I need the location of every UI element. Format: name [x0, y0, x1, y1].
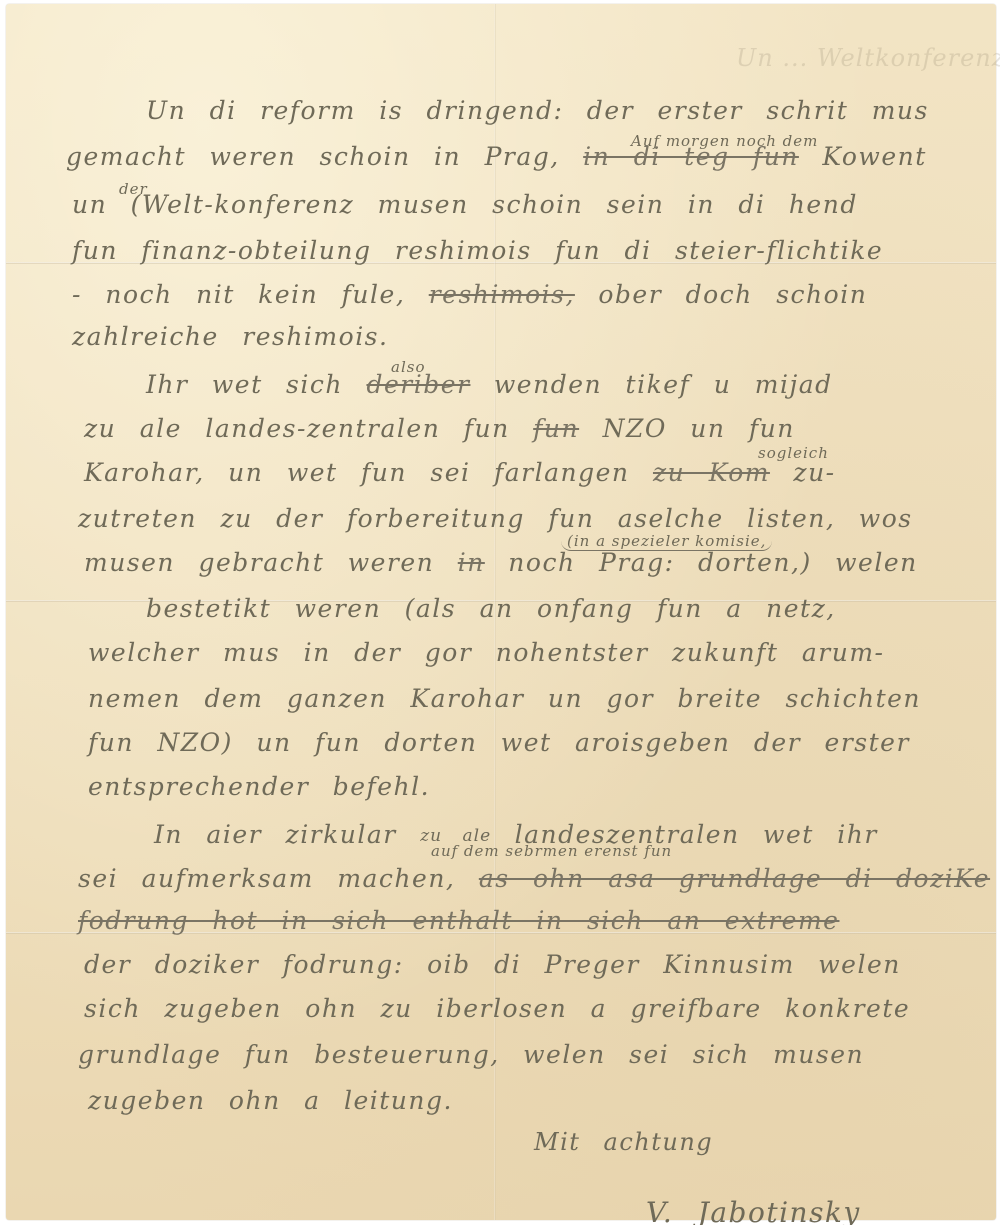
paragraph-2-line-9: fun NZO) un fun dorten wet aroisgeben de… [88, 728, 910, 757]
insertion-text: auf dem sebrmen erenst fun [431, 842, 672, 860]
letter-paper: Un ... Weltkonferenz ... Un di reform is… [6, 4, 996, 1220]
closing-salutation: Mit achtung [534, 1128, 713, 1156]
bleed-through-text: Un ... Weltkonferenz ... [736, 44, 1000, 72]
paragraph-2-line-7: welcher mus in der gor nohentster zukunf… [88, 638, 885, 667]
struck-text: in [458, 548, 485, 577]
paragraph-2-line-3: Karohar, un wet fun sei farlangen zu Kom… [84, 458, 836, 487]
paragraph-2-line-5: musen gebracht weren in noch Prag: dorte… [84, 548, 918, 577]
paragraph-2-line-4: zutreten zu der forbereitung fun aselche… [78, 504, 913, 533]
paragraph-2-line-8: nemen dem ganzen Karohar un gor breite s… [88, 684, 921, 713]
paragraph-3-line-7: zugeben ohn a leitung. [88, 1086, 453, 1115]
paragraph-1-line-5: - noch nit kein fule, reshimois, ober do… [72, 280, 867, 309]
paragraph-3-line-5: sich zugeben ohn zu iberlosen a greifbar… [84, 994, 910, 1023]
paragraph-1-line-3: un (Welt-konferenz musen schoin sein in … [72, 190, 858, 219]
paragraph-1-line-4: fun finanz-obteilung reshimois fun di st… [72, 236, 883, 265]
signature: V. Jabotinsky [646, 1196, 861, 1225]
paragraph-3-line-2: sei aufmerksam machen, as ohn asa grundl… [78, 864, 990, 893]
paragraph-2-line-10: entsprechender befehl. [88, 772, 430, 801]
struck-text: fodrung hot in sich enthalt in sich an e… [78, 906, 839, 935]
paragraph-3-line-4: der doziker fodrung: oib di Preger Kinnu… [84, 950, 901, 979]
struck-text: as ohn asa grundlage di doziKe [479, 864, 990, 893]
paragraph-1-line-1: Un di reform is dringend: der erster sch… [146, 96, 929, 125]
struck-text: fun [533, 414, 579, 443]
paragraph-2-line-6: bestetikt weren (als an onfang fun a net… [146, 594, 836, 623]
struck-text: reshimois, [429, 280, 575, 309]
paragraph-2-line-1: Ihr wet sich deriber wenden tikef u mija… [146, 370, 833, 399]
struck-text: zu Kom [653, 458, 770, 487]
paragraph-3-line-3: fodrung hot in sich enthalt in sich an e… [78, 906, 839, 935]
paragraph-1-line-2: gemacht weren schoin in Prag, in di teg … [66, 142, 927, 171]
paragraph-2-line-2: zu ale landes-zentralen fun fun NZO un f… [84, 414, 795, 443]
struck-text: deriber [366, 370, 470, 399]
paragraph-1-line-6: zahlreiche reshimois. [72, 322, 388, 351]
struck-text: in di teg fun [583, 142, 799, 171]
paragraph-3-line-6: grundlage fun besteuerung, welen sei sic… [78, 1040, 864, 1069]
